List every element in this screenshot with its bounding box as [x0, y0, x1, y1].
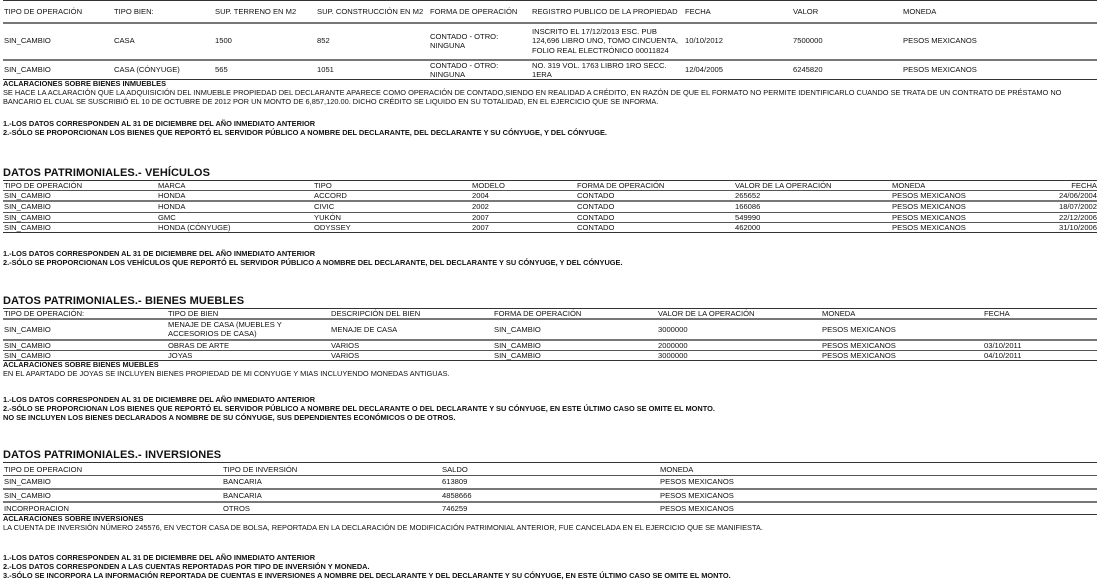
header-tipo-inversion: TIPO DE INVERSIÓN — [222, 463, 441, 476]
cell: SIN_CAMBIO — [3, 191, 157, 202]
header-marca: MARCA — [157, 181, 313, 191]
cell-registro-publico: INSCRITO EL 17/12/2013 ESC. PUB 124,696 … — [531, 23, 684, 60]
inversiones-section: DATOS PATRIMONIALES.- INVERSIONES TIPO D… — [3, 449, 1097, 533]
muebles-table: TIPO DE OPERACIÓN: TIPO DE BIEN DESCRIPC… — [3, 308, 1097, 361]
cell-fecha: 12/04/2005 — [684, 60, 792, 80]
table-row: SIN_CAMBIOBANCARIA4858666PESOS MEXICANOS — [3, 489, 1097, 502]
cell-forma-operacion: CONTADO - OTRO: NINGUNA — [429, 23, 531, 60]
header-valor: VALOR — [792, 1, 902, 23]
header-descripcion: DESCRIPCIÓN DEL BIEN — [330, 309, 493, 320]
muebles-notes: 1.-LOS DATOS CORRESPONDEN AL 31 DE DICIE… — [3, 396, 1097, 423]
note: NO SE INCLUYEN LOS BIENES DECLARADOS A N… — [3, 414, 1097, 423]
cell: PESOS MEXICANOS — [821, 350, 983, 360]
cell: 2000000 — [657, 340, 821, 351]
cell: SIN_CAMBIO — [3, 340, 167, 351]
cell: 549990 — [734, 212, 891, 222]
section-title: DATOS PATRIMONIALES.- VEHÍCULOS — [3, 167, 1097, 180]
cell: HONDA (CÓNYUGE) — [157, 222, 313, 232]
table-row: INCORPORACIONOTROS746259PESOS MEXICANOS — [3, 502, 1097, 515]
header-fecha: FECHA — [983, 309, 1097, 320]
table-row: SIN_CAMBIOGMCYUKÓN2007CONTADO549990PESOS… — [3, 212, 1097, 222]
cell: 2007 — [471, 212, 576, 222]
header-tipo: TIPO — [313, 181, 471, 191]
cell-fecha: 10/10/2012 — [684, 23, 792, 60]
cell: SIN_CAMBIO — [3, 319, 167, 339]
cell: 746259 — [441, 502, 659, 515]
cell: PESOS MEXICANOS — [891, 222, 1047, 232]
cell: INCORPORACION — [3, 502, 222, 515]
cell: 04/10/2011 — [983, 350, 1097, 360]
header-moneda: MONEDA — [891, 181, 1047, 191]
cell: SIN_CAMBIO — [3, 212, 157, 222]
header-valor-operacion: VALOR DE LA OPERACIÓN — [657, 309, 821, 320]
table-row: SIN_CAMBIOHONDAACCORD2004CONTADO265652PE… — [3, 191, 1097, 202]
cell: SIN_CAMBIO — [3, 201, 157, 212]
cell: SIN_CAMBIO — [3, 476, 222, 489]
cell: CONTADO — [576, 201, 734, 212]
cell-tipo-bien: CASA (CÓNYUGE) — [113, 60, 214, 80]
inmuebles-section: TIPO DE OPERACIÓN TIPO BIEN: SUP. TERREN… — [3, 0, 1097, 80]
inmuebles-notes: 1.-LOS DATOS CORRESPONDEN AL 31 DE DICIE… — [3, 120, 1097, 138]
cell: OBRAS DE ARTE — [167, 340, 330, 351]
cell-tipo-operacion: SIN_CAMBIO — [3, 23, 113, 60]
vehiculos-header-row: TIPO DE OPERACIÓN MARCA TIPO MODELO FORM… — [3, 181, 1097, 191]
header-fecha: FECHA — [684, 1, 792, 23]
header-saldo: SALDO — [441, 463, 659, 476]
cell: ODYSSEY — [313, 222, 471, 232]
header-registro-publico: REGISTRO PUBLICO DE LA PROPIEDAD — [531, 1, 684, 23]
cell-moneda: PESOS MEXICANOS — [902, 60, 1097, 80]
cell: OTROS — [222, 502, 441, 515]
cell: 24/06/2004 — [1047, 191, 1097, 202]
table-row: SIN_CAMBIOHONDA (CÓNYUGE)ODYSSEY2007CONT… — [3, 222, 1097, 232]
note: 3.-SÓLO SE INCORPORA LA INFORMACIÓN REPO… — [3, 572, 1097, 580]
cell: 166086 — [734, 201, 891, 212]
cell: 2004 — [471, 191, 576, 202]
header-modelo: MODELO — [471, 181, 576, 191]
cell-registro-publico: NO. 319 VOL. 1763 LIBRO 1RO SECC. 1ERA — [531, 60, 684, 80]
cell: ACCORD — [313, 191, 471, 202]
cell-sup-terreno: 1500 — [214, 23, 316, 60]
cell: SIN_CAMBIO — [493, 319, 657, 339]
table-row: SIN_CAMBIOHONDACIVIC2002CONTADO166086PES… — [3, 201, 1097, 212]
header-sup-construccion: SUP. CONSTRUCCIÓN EN M2 — [316, 1, 429, 23]
cell: CONTADO — [576, 212, 734, 222]
cell: 2002 — [471, 201, 576, 212]
cell: 265652 — [734, 191, 891, 202]
table-row: SIN_CAMBIO CASA (CÓNYUGE) 565 1051 CONTA… — [3, 60, 1097, 80]
header-moneda: MONEDA — [902, 1, 1097, 23]
header-moneda: MONEDA — [821, 309, 983, 320]
cell: SIN_CAMBIO — [3, 489, 222, 502]
inversiones-aclaraciones: ACLARACIONES SOBRE INVERSIONES LA CUENTA… — [3, 515, 1097, 533]
cell-valor: 6245820 — [792, 60, 902, 80]
cell: PESOS MEXICANOS — [659, 476, 1097, 489]
section-title: DATOS PATRIMONIALES.- BIENES MUEBLES — [3, 295, 1097, 308]
cell-valor: 7500000 — [792, 23, 902, 60]
cell: VARIOS — [330, 350, 493, 360]
header-tipo-operacion: TIPO DE OPERACIÓN — [3, 1, 113, 23]
inmuebles-header-row: TIPO DE OPERACIÓN TIPO BIEN: SUP. TERREN… — [3, 1, 1097, 23]
cell: SIN_CAMBIO — [3, 222, 157, 232]
cell: 18/07/2002 — [1047, 201, 1097, 212]
cell: MENAJE DE CASA (MUEBLES Y ACCESORIOS DE … — [167, 319, 330, 339]
cell-moneda: PESOS MEXICANOS — [902, 23, 1097, 60]
cell: GMC — [157, 212, 313, 222]
cell: PESOS MEXICANOS — [891, 191, 1047, 202]
cell: MENAJE DE CASA — [330, 319, 493, 339]
header-tipo-operacion: TIPO DE OPERACION — [3, 463, 222, 476]
header-sup-terreno: SUP. TERRENO EN M2 — [214, 1, 316, 23]
cell-sup-construccion: 852 — [316, 23, 429, 60]
cell: PESOS MEXICANOS — [891, 201, 1047, 212]
cell: 4858666 — [441, 489, 659, 502]
header-moneda: MONEDA — [659, 463, 1097, 476]
cell: HONDA — [157, 191, 313, 202]
table-row: SIN_CAMBIOJOYASVARIOSSIN_CAMBIO3000000PE… — [3, 350, 1097, 360]
cell-forma-operacion: CONTADO - OTRO: NINGUNA — [429, 60, 531, 80]
header-forma-operacion: FORMA DE OPERACIÓN — [493, 309, 657, 320]
cell: PESOS MEXICANOS — [821, 319, 983, 339]
note: 2.-SÓLO SE PROPORCIONAN LOS BIENES QUE R… — [3, 129, 1097, 138]
vehiculos-section: DATOS PATRIMONIALES.- VEHÍCULOS TIPO DE … — [3, 167, 1097, 233]
inversiones-notes: 1.-LOS DATOS CORRESPONDEN AL 31 DE DICIE… — [3, 554, 1097, 580]
table-row: SIN_CAMBIOMENAJE DE CASA (MUEBLES Y ACCE… — [3, 319, 1097, 339]
cell: PESOS MEXICANOS — [659, 489, 1097, 502]
section-title: DATOS PATRIMONIALES.- INVERSIONES — [3, 449, 1097, 462]
header-tipo-operacion: TIPO DE OPERACIÓN: — [3, 309, 167, 320]
table-row: SIN_CAMBIOBANCARIA613809PESOS MEXICANOS — [3, 476, 1097, 489]
cell: SIN_CAMBIO — [493, 350, 657, 360]
aclaraciones-text: LA CUENTA DE INVERSIÓN NÚMERO 245576, EN… — [3, 524, 1097, 533]
cell-tipo-bien: CASA — [113, 23, 214, 60]
cell: BANCARIA — [222, 476, 441, 489]
cell: 3000000 — [657, 350, 821, 360]
muebles-header-row: TIPO DE OPERACIÓN: TIPO DE BIEN DESCRIPC… — [3, 309, 1097, 320]
cell: SIN_CAMBIO — [493, 340, 657, 351]
cell-tipo-operacion: SIN_CAMBIO — [3, 60, 113, 80]
cell: 3000000 — [657, 319, 821, 339]
inmuebles-table: TIPO DE OPERACIÓN TIPO BIEN: SUP. TERREN… — [3, 0, 1097, 80]
cell-sup-construccion: 1051 — [316, 60, 429, 80]
cell: HONDA — [157, 201, 313, 212]
header-tipo-operacion: TIPO DE OPERACIÓN — [3, 181, 157, 191]
aclaraciones-text: SE HACE LA ACLARACIÓN QUE LA ADQUISICIÓN… — [3, 89, 1097, 107]
aclaraciones-text: EN EL APARTADO DE JOYAS SE INCLUYEN BIEN… — [3, 370, 1097, 379]
inversiones-header-row: TIPO DE OPERACION TIPO DE INVERSIÓN SALD… — [3, 463, 1097, 476]
muebles-aclaraciones: ACLARACIONES SOBRE BIENES MUEBLES EN EL … — [3, 361, 1097, 379]
cell: 2007 — [471, 222, 576, 232]
cell: JOYAS — [167, 350, 330, 360]
table-row: SIN_CAMBIOOBRAS DE ARTEVARIOSSIN_CAMBIO2… — [3, 340, 1097, 351]
cell: CONTADO — [576, 191, 734, 202]
cell: PESOS MEXICANOS — [659, 502, 1097, 515]
vehiculos-notes: 1.-LOS DATOS CORRESPONDEN AL 31 DE DICIE… — [3, 250, 1097, 268]
note: 2.-SÓLO SE PROPORCIONAN LOS VEHÍCULOS QU… — [3, 259, 1097, 268]
cell: 613809 — [441, 476, 659, 489]
inmuebles-aclaraciones: ACLARACIONES SOBRE BIENES INMUEBLES SE H… — [3, 80, 1097, 107]
cell: 22/12/2006 — [1047, 212, 1097, 222]
cell: PESOS MEXICANOS — [821, 340, 983, 351]
header-valor-operacion: VALOR DE LA OPERACIÓN — [734, 181, 891, 191]
header-tipo-bien: TIPO BIEN: — [113, 1, 214, 23]
cell-sup-terreno: 565 — [214, 60, 316, 80]
cell: 03/10/2011 — [983, 340, 1097, 351]
cell: YUKÓN — [313, 212, 471, 222]
inversiones-table: TIPO DE OPERACION TIPO DE INVERSIÓN SALD… — [3, 462, 1097, 515]
header-tipo-bien: TIPO DE BIEN — [167, 309, 330, 320]
muebles-section: DATOS PATRIMONIALES.- BIENES MUEBLES TIP… — [3, 295, 1097, 378]
table-row: SIN_CAMBIO CASA 1500 852 CONTADO - OTRO:… — [3, 23, 1097, 60]
cell — [983, 319, 1097, 339]
cell: 31/10/2006 — [1047, 222, 1097, 232]
cell: BANCARIA — [222, 489, 441, 502]
cell: 462000 — [734, 222, 891, 232]
header-forma-operacion: FORMA DE OPERACIÓN — [576, 181, 734, 191]
header-forma-operacion: FORMA DE OPERACIÓN — [429, 1, 531, 23]
cell: SIN_CAMBIO — [3, 350, 167, 360]
vehiculos-table: TIPO DE OPERACIÓN MARCA TIPO MODELO FORM… — [3, 180, 1097, 233]
header-fecha: FECHA — [1047, 181, 1097, 191]
cell: CONTADO — [576, 222, 734, 232]
cell: PESOS MEXICANOS — [891, 212, 1047, 222]
cell: CIVIC — [313, 201, 471, 212]
cell: VARIOS — [330, 340, 493, 351]
